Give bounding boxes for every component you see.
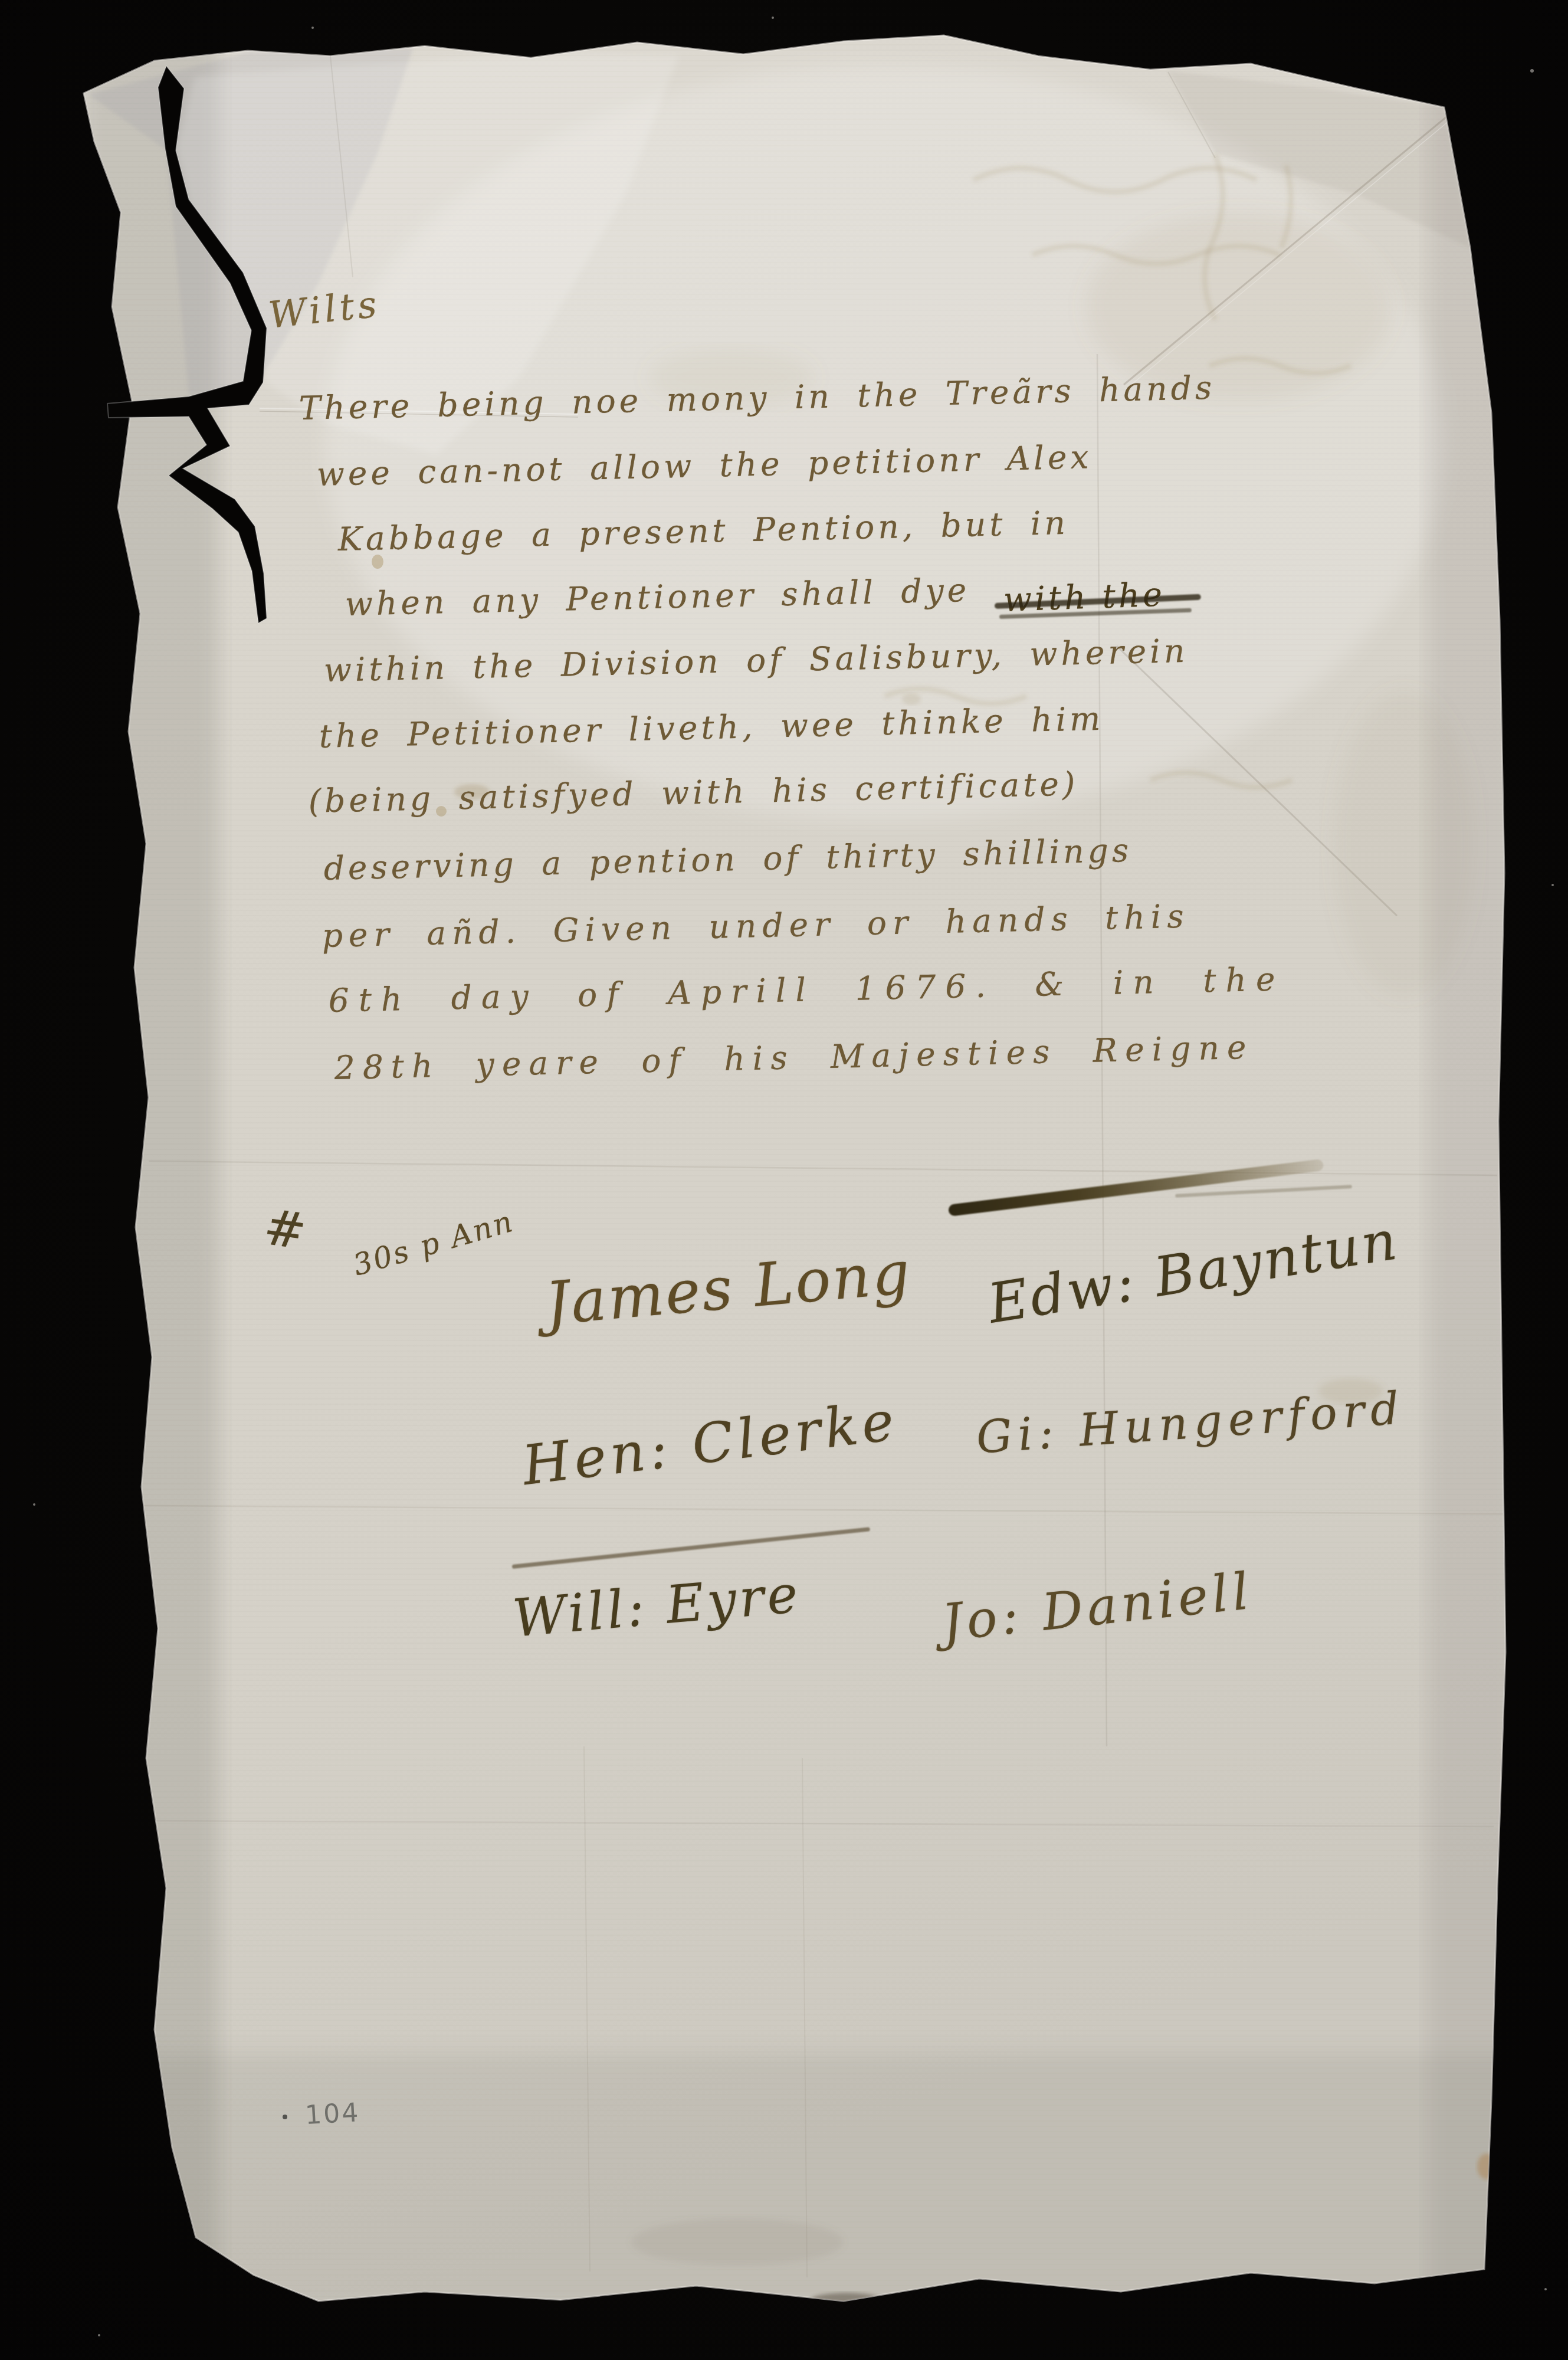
hash-mark: # xyxy=(260,1198,309,1261)
paper-sheet-art xyxy=(0,0,1568,2360)
right-edge-shading xyxy=(1428,24,1516,2336)
bottom-shading xyxy=(83,2053,1516,2313)
manuscript-photograph: Wilts There being noe mony in the Treãrs… xyxy=(0,0,1568,2360)
archival-page-number: 104 xyxy=(304,2097,361,2130)
paper-surface-details xyxy=(77,24,1516,2336)
